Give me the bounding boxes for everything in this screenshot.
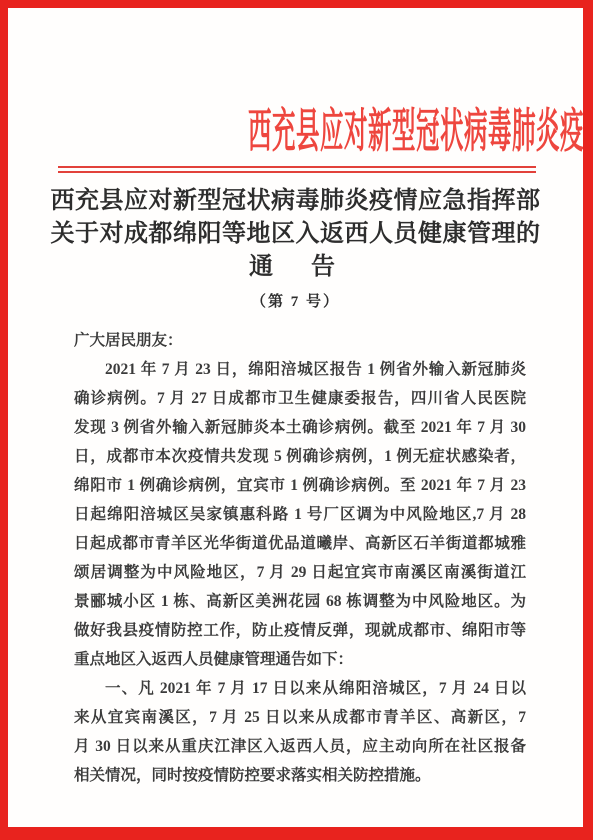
body-line: 一、凡 2021 年 7 月 17 日以来从绵阳涪城区，7 月 24 日以: [74, 674, 526, 703]
body-line: 广大居民朋友：: [74, 326, 526, 355]
notice-issue-number: （第 7 号）: [8, 290, 583, 311]
letterhead-banner: 西充县应对新型冠状病毒肺炎疫情应急指挥部: [8, 100, 583, 164]
body-line: 月 30 日以来从重庆江津区入返西人员，应主动向所在社区报备: [74, 732, 526, 761]
document-sheet: 西充县应对新型冠状病毒肺炎疫情应急指挥部 西充县应对新型冠状病毒肺炎疫情应急指挥…: [8, 8, 583, 827]
body-line: 发现 3 例省外输入新冠肺炎本土确诊病例。截至 2021 年 7 月 30: [74, 413, 526, 442]
body-line: 颂居调整为中风险地区，7 月 29 日起宜宾市南溪区南溪街道江: [74, 558, 526, 587]
body-line: 确诊病例。7 月 27 日成都市卫生健康委报告，四川省人民医院: [74, 384, 526, 413]
notice-title-line-3: 通 告: [8, 251, 583, 284]
notice-title-line-2: 关于对成都绵阳等地区入返西人员健康管理的: [8, 218, 583, 251]
letterhead-divider-rule: [58, 166, 536, 173]
body-line: 日起成都市青羊区光华街道优品道曦岸、高新区石羊街道都城雅: [74, 529, 526, 558]
body-line: 来从宜宾南溪区，7 月 25 日以来从成都市青羊区、高新区，7: [74, 703, 526, 732]
body-line: 日起绵阳涪城区吴家镇惠科路 1 号厂区调为中风险地区,7 月 28: [74, 500, 526, 529]
body-line: 日，成都市本次疫情共发现 5 例确诊病例，1 例无症状感染者，: [74, 442, 526, 471]
letterhead-agency-title: 西充县应对新型冠状病毒肺炎疫情应急指挥部: [248, 100, 593, 164]
notice-title-block: 西充县应对新型冠状病毒肺炎疫情应急指挥部 关于对成都绵阳等地区入返西人员健康管理…: [8, 185, 583, 311]
notice-body: 广大居民朋友：2021 年 7 月 23 日，绵阳涪城区报告 1 例省外输入新冠…: [74, 326, 526, 790]
scanned-notice-page: 西充县应对新型冠状病毒肺炎疫情应急指挥部 西充县应对新型冠状病毒肺炎疫情应急指挥…: [0, 0, 593, 840]
body-line: 重点地区入返西人员健康管理通告如下：: [74, 645, 526, 674]
body-line: 相关情况，同时按疫情防控要求落实相关防控措施。: [74, 761, 526, 790]
body-line: 做好我县疫情防控工作，防止疫情反弹，现就成都市、绵阳市等: [74, 616, 526, 645]
body-line: 绵阳市 1 例确诊病例，宜宾市 1 例确诊病例。至 2021 年 7 月 23: [74, 471, 526, 500]
body-line: 景郦城小区 1 栋、高新区美洲花园 68 栋调整为中风险地区。为: [74, 587, 526, 616]
body-line: 2021 年 7 月 23 日，绵阳涪城区报告 1 例省外输入新冠肺炎: [74, 355, 526, 384]
notice-title-line-1: 西充县应对新型冠状病毒肺炎疫情应急指挥部: [8, 185, 583, 218]
